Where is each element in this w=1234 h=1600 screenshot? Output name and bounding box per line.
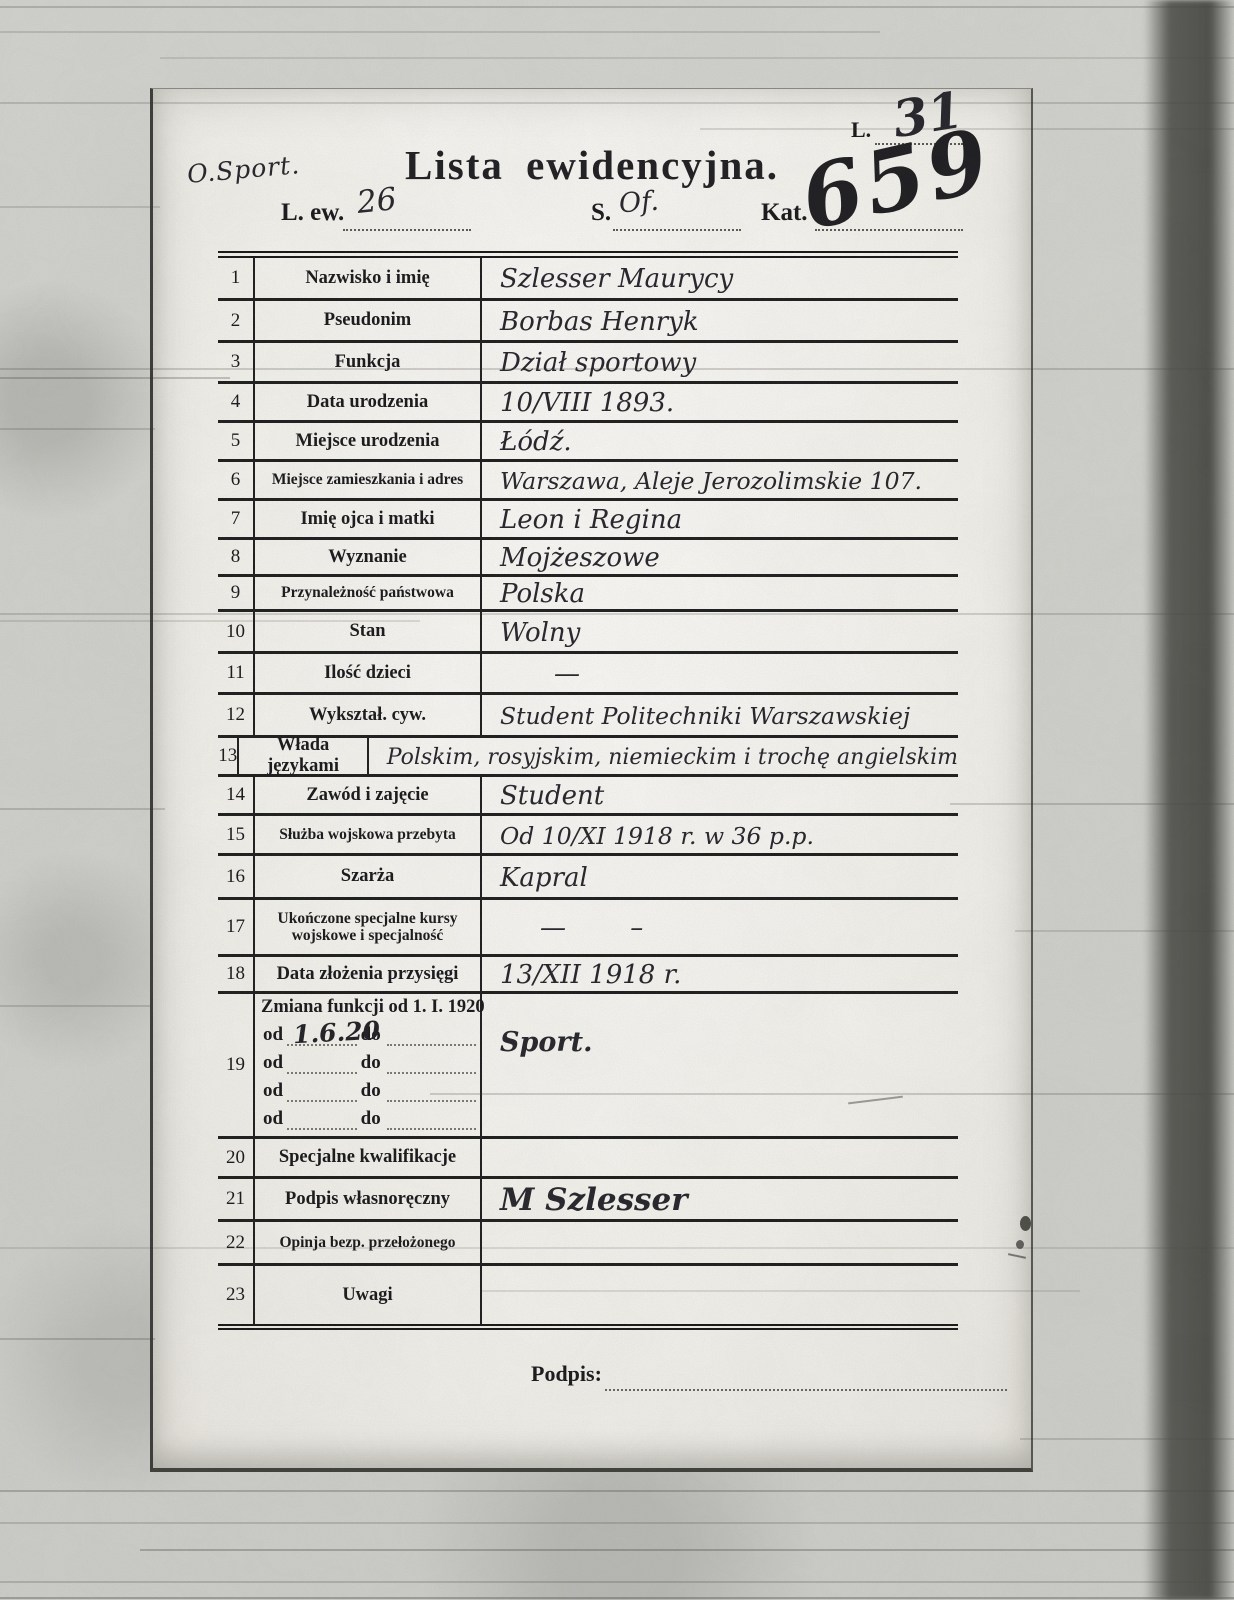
s-value-handwritten: Of. [618,186,660,220]
table-row: 11 Ilość dzieci — [218,654,958,695]
row-number: 19 [218,994,255,1136]
row-value: Sport. [482,995,958,1137]
table-row: 4 Data urodzenia 10/VIII 1893. [218,384,958,423]
table-row: 14 Zawód i zajęcie Student [218,777,958,816]
scanner-shadow-band [1144,0,1234,1600]
row-label: Imię ojca i matki [255,501,482,537]
kat-dotted-line [815,229,963,231]
row-label: Ukończone specjalne kursy wojskowe i spe… [255,900,482,954]
table-row: 1 Nazwisko i imię Szlesser Maurycy [218,258,958,301]
table-row: 12 Wykształ. cyw. Student Politechniki W… [218,695,958,738]
row-number: 2 [218,301,255,340]
row-value-signature: M Szlesser [482,1180,958,1220]
do-dotted-line [387,1044,476,1074]
row-value [482,1140,958,1177]
scan-streak [0,206,160,208]
row-value: Szlesser Maurycy [482,259,958,299]
do-label: do [361,1052,381,1073]
scan-streak [0,808,165,810]
row-label: Opinja bezp. przełożonego [255,1222,482,1263]
row-label: Stan [255,612,482,651]
row-label: Przynależność państwowa [255,577,482,609]
row-value: Łódź. [482,424,958,460]
row-value: Borbas Henryk [482,302,958,341]
row-label: Data złożenia przysięgi [255,957,482,991]
row-label: Miejsce zamieszkania i adres [255,462,482,498]
ink-blob [1016,1240,1024,1249]
row-label: Wyznanie [255,540,482,574]
row-value: Polskim, rosyjskim, niemieckim i trochę … [369,739,958,775]
scan-streak [0,428,155,430]
row-number: 17 [218,900,255,954]
row-label: Włada językami [239,738,368,774]
row-label: Służba wojskowa przebyta [255,816,482,853]
row-value: — – [482,901,958,955]
scan-streak [0,31,880,33]
row-number: 18 [218,957,255,991]
table-row: 21 Podpis własnoręczny M Szlesser [218,1179,958,1222]
function-change-line: od do [261,1074,476,1102]
scan-streak [0,1581,1234,1583]
row-number: 13 [218,738,239,774]
scan-streak [0,1522,1234,1524]
od-dotted-line [287,1044,357,1074]
lew-value-handwritten: 26 [355,181,398,221]
row-value: Mojżeszowe [482,541,958,575]
row-value: 10/VIII 1893. [482,385,958,421]
table-row: 17 Ukończone specjalne kursy wojskowe i … [218,900,958,957]
row-label: Zmiana funkcji od 1. I. 1920 od 1.6.20 d… [255,994,482,1136]
od-dotted-line [287,1100,357,1130]
kat-label: Kat. [761,199,808,227]
scan-streak [140,1549,1234,1551]
row-number: 15 [218,816,255,853]
table-row: 10 Stan Wolny [218,612,958,654]
table-row: 20 Specjalne kwalifikacje [218,1139,958,1179]
s-label: S. [591,199,611,227]
scan-streak [0,6,1234,8]
row-value [482,1223,958,1264]
row-value: Dział sportowy [482,344,958,382]
table-row: 18 Data złożenia przysięgi 13/XII 1918 r… [218,957,958,994]
row-value: Kapral [482,857,958,898]
row-number: 14 [218,777,255,813]
paper-sheet: O.Sport. Lista ewidencyjna. L. 31 659 L.… [150,88,1033,1472]
row-number: 3 [218,343,255,381]
table-row: 9 Przynależność państwowa Polska [218,577,958,612]
scan-streak [0,1338,155,1340]
row-number: 4 [218,384,255,420]
footer-signature-label: Podpis: [531,1361,602,1387]
do-dotted-line [387,1100,476,1130]
table-row: 13 Włada językami Polskim, rosyjskim, ni… [218,738,958,777]
row-number: 23 [218,1266,255,1324]
lew-label: L. ew. [281,199,344,227]
do-dotted-line [387,1016,476,1046]
od-label: od [263,1108,283,1129]
table-row: 15 Służba wojskowa przebyta Od 10/XI 191… [218,816,958,856]
ink-blob [1020,1216,1031,1231]
table-row: 6 Miejsce zamieszkania i adres Warszawa,… [218,462,958,501]
row-value: Wolny [482,613,958,652]
do-dotted-line [387,1072,476,1102]
function-change-line: od 1.6.20 do [261,1018,476,1046]
do-label: do [361,1108,381,1129]
evidence-table: 1 Nazwisko i imię Szlesser Maurycy 2 Pse… [218,251,958,1330]
row-value: 13/XII 1918 r. [482,958,958,992]
table-row: 5 Miejsce urodzenia Łódź. [218,423,958,462]
row-label: Zawód i zajęcie [255,777,482,813]
row-value: Od 10/XI 1918 r. w 36 p.p. [482,817,958,854]
row-label: Specjalne kwalifikacje [255,1139,482,1176]
row-number: 22 [218,1222,255,1263]
do-label: do [361,1080,381,1101]
s-dotted-line [613,229,741,231]
footer-signature-dotted-line [605,1389,1007,1391]
row-label: Uwagi [255,1266,482,1324]
row-number: 11 [218,654,255,692]
od-label: od [263,1024,283,1045]
scan-streak [160,57,1234,59]
row-label: Data urodzenia [255,384,482,420]
table-row-function-changes: 19 Zmiana funkcji od 1. I. 1920 od 1.6.2… [218,994,958,1139]
row-value: Student Politechniki Warszawskiej [482,696,958,736]
row-label: Pseudonim [255,301,482,340]
table-row: 2 Pseudonim Borbas Henryk [218,301,958,343]
row-label: Miejsce urodzenia [255,423,482,459]
row-value: Student [482,778,958,814]
scan-streak [0,1597,1234,1599]
row-number: 10 [218,612,255,651]
od-label: od [263,1052,283,1073]
row-number: 7 [218,501,255,537]
row-number: 12 [218,695,255,735]
row-label: Wykształ. cyw. [255,695,482,735]
table-row: 23 Uwagi [218,1266,958,1330]
row-label: Szarża [255,856,482,897]
row-value: — [482,655,958,693]
row-label: Funkcja [255,343,482,381]
row-value: Polska [482,578,958,610]
od-dotted-line [287,1072,357,1102]
scan-streak [0,1490,1234,1492]
row-number: 21 [218,1179,255,1219]
od-dotted-line: 1.6.20 [287,1016,357,1046]
table-row: 3 Funkcja Dział sportowy [218,343,958,384]
row-label: Nazwisko i imię [255,258,482,298]
table-row: 22 Opinja bezp. przełożonego [218,1222,958,1266]
lew-dotted-line [343,229,471,231]
table-row: 8 Wyznanie Mojżeszowe [218,540,958,577]
scanned-document: O.Sport. Lista ewidencyjna. L. 31 659 L.… [0,0,1234,1600]
function-change-title: Zmiana funkcji od 1. I. 1920 [261,997,476,1018]
table-row: 7 Imię ojca i matki Leon i Regina [218,501,958,540]
row-number: 8 [218,540,255,574]
table-row: 16 Szarża Kapral [218,856,958,900]
scan-streak [0,1005,150,1007]
row-number: 5 [218,423,255,459]
function-change-line: od do [261,1102,476,1130]
row-label: Podpis własnoręczny [255,1179,482,1219]
row-value: Warszawa, Aleje Jerozolimskie 107. [482,463,958,499]
row-label: Ilość dzieci [255,654,482,692]
row-number: 20 [218,1139,255,1176]
row-number: 16 [218,856,255,897]
row-number: 9 [218,577,255,609]
od-label: od [263,1080,283,1101]
row-value: Leon i Regina [482,502,958,538]
function-change-line: od do [261,1046,476,1074]
row-number: 1 [218,258,255,298]
row-number: 6 [218,462,255,498]
row-value [482,1267,958,1325]
